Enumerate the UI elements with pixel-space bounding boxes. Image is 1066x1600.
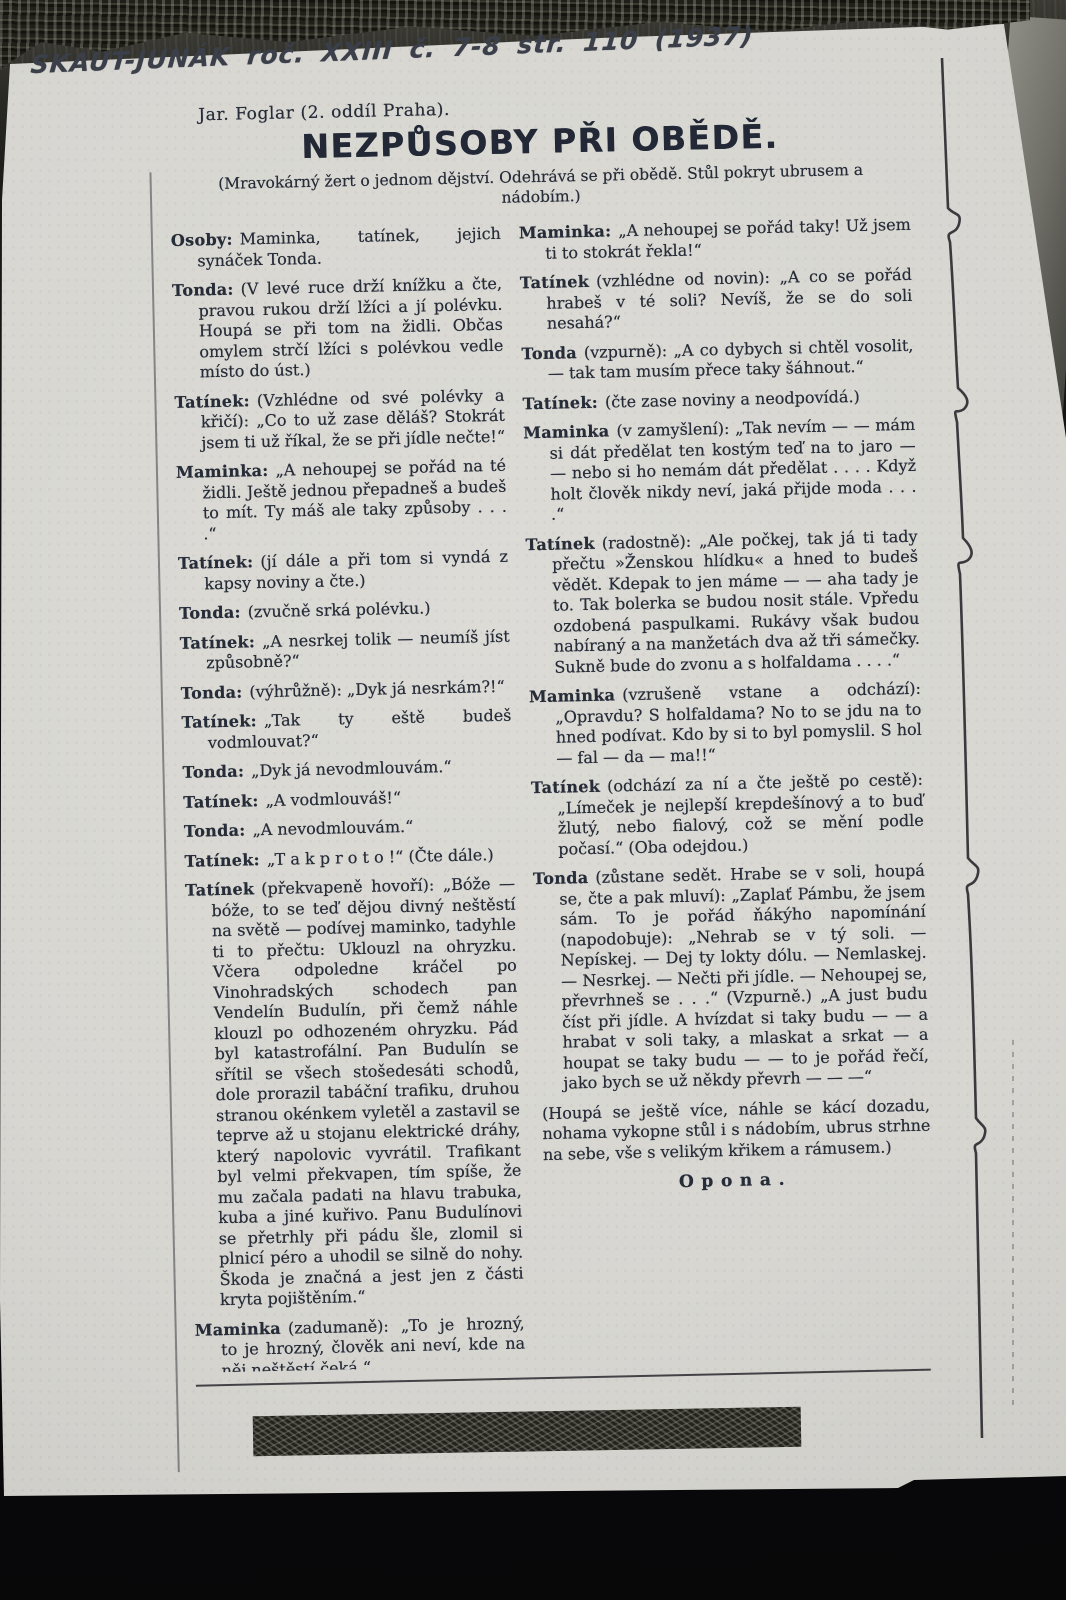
script-paragraph: Tatínek:(jí dále a při tom si vyndá z ka… — [178, 547, 509, 595]
speaker-name: Tatínek — [185, 879, 255, 900]
speaker-name: Tonda: — [184, 820, 246, 840]
script-paragraph: Tatínek(překvapeně hovoří): „Bóže — bóže… — [185, 874, 524, 1312]
script-paragraph: Maminka(v zamyšlení): „Tak nevím — — mám… — [523, 415, 917, 526]
speaker-name: Tatínek — [525, 533, 595, 554]
dotted-artifact-line — [1012, 1040, 1014, 1410]
script-paragraph: Tonda:„Dyk já nevodmlouvám.“ — [182, 756, 512, 784]
script-paragraph: (Houpá se ještě více, náhle se kácí doza… — [538, 1095, 931, 1165]
speaker-name: Osoby: — [171, 230, 233, 250]
speaker-name: Maminka — [523, 421, 610, 442]
article-subtitle: (Mravokárný žert o jednom dějství. Odehr… — [210, 160, 871, 214]
script-paragraph: Tonda:„A nevodmlouvám.“ — [184, 815, 514, 843]
speaker-name: Tonda: — [172, 280, 234, 300]
script-paragraph: Tonda(zůstane sedět. Hrabe se v soli, ho… — [533, 861, 930, 1095]
speaker-name: Maminka — [194, 1318, 281, 1339]
script-paragraph: Maminka(zadumaně): „To je hrozný, to je … — [194, 1313, 525, 1373]
speaker-name: Tatínek — [520, 272, 590, 293]
script-paragraph: Tonda:(výhrůžně): „Dyk já nesrkám?!“ — [181, 676, 511, 704]
speaker-name: Maminka — [529, 685, 616, 706]
script-paragraph: Tatínek:„A vodmlouváš!“ — [183, 785, 513, 813]
speaker-name: Tatínek: — [184, 850, 260, 871]
left-column: Osoby:Maminka, tatínek, jejich synáček T… — [171, 224, 526, 1373]
speech-text: (výhrůžně): „Dyk já nesrkám?!“ — [249, 676, 505, 701]
speech-text: (radostně): „Ale počkej, tak já ti tady … — [552, 526, 920, 676]
bottom-rule — [196, 1369, 930, 1387]
speaker-name: Tatínek: — [181, 711, 257, 732]
speaker-name: Tonda — [533, 868, 589, 888]
right-column: Maminka:„A nehoupej se pořád taky! Už js… — [519, 215, 936, 1365]
script-paragraph: Tatínek(vzhlédne od novin): „A co se poř… — [520, 265, 913, 335]
speech-text: (zůstane sedět. Hrabe se v soli, houpá s… — [559, 861, 929, 1093]
speech-text: „A vodmlouváš!“ — [265, 788, 401, 810]
speaker-name: Tonda: — [181, 682, 243, 702]
script-paragraph: Tatínek:„Tak ty eště budeš vodmlouvat?“ — [181, 706, 512, 754]
article: Jar. Foglar (2. oddíl Praha). NEZPŮSOBY … — [168, 90, 939, 1459]
speech-text: Maminka, tatínek, jejich synáček Tonda. — [197, 224, 501, 270]
speech-text: (V levé ruce drží knížku a čte, pravou r… — [198, 274, 503, 382]
speaker-name: Maminka: — [176, 461, 269, 482]
speaker-name: Tatínek: — [174, 391, 250, 412]
script-paragraph: Tatínek:„A nesrkej tolik — neumíš jíst z… — [180, 626, 511, 674]
photographed-document: { "colors": { "paper": "#d7d6d1", "ink":… — [0, 0, 1066, 1600]
speech-text: „T a k p r o t o !“ (Čte dále.) — [267, 845, 494, 869]
speech-text: (čte zase noviny a neodpovídá.) — [605, 386, 860, 411]
speaker-name: Tatínek: — [183, 791, 259, 812]
speech-text: (zvučně srká polévku.) — [247, 598, 430, 621]
right-column-paragraphs: Maminka:„A nehoupej se pořád taky! Už js… — [519, 215, 931, 1165]
speech-text: „A nevodmlouvám.“ — [252, 817, 413, 840]
script-paragraph: Maminka:„A nehoupej se pořád na té židli… — [176, 456, 508, 545]
speaker-name: Maminka: — [519, 221, 612, 242]
speech-text: (překvapeně hovoří): „Bóže — bóže, to se… — [211, 874, 523, 1310]
speaker-name: Tatínek: — [522, 392, 598, 413]
script-paragraph: Tonda(vzpurně): „A co dybych si chtěl vo… — [521, 335, 914, 385]
script-paragraph: Tonda:(V levé ruce drží knížku a čte, pr… — [172, 274, 504, 384]
script-paragraph: Tonda:(zvučně srká polévku.) — [179, 597, 509, 625]
speech-text: (vzpurně): „A co dybych si chtěl vosolit… — [548, 335, 914, 382]
script-paragraph: Tatínek:(čte zase noviny a neodpovídá.) — [522, 385, 914, 414]
speaker-name: Tonda — [521, 343, 577, 363]
script-paragraph: Osoby:Maminka, tatínek, jejich synáček T… — [171, 224, 502, 272]
speaker-name: Tatínek: — [178, 552, 254, 573]
curtain-closing-word: Opona. — [539, 1167, 931, 1196]
script-paragraph: Maminka:„A nehoupej se pořád taky! Už js… — [519, 215, 912, 265]
speaker-name: Tatínek — [531, 777, 601, 798]
speech-text: (odchází za ní a čte ještě po cestě): „L… — [557, 770, 924, 858]
script-paragraph: Maminka(vzrušeně vstane a odchází): „Opr… — [529, 679, 923, 770]
speech-text: (vzhlédne od novin): „A co se pořád hrab… — [546, 265, 912, 333]
speaker-name: Tonda: — [179, 603, 241, 623]
two-column-layout: Osoby:Maminka, tatínek, jejich synáček T… — [171, 215, 938, 1373]
speech-text: (Houpá se ještě více, náhle se kácí doza… — [542, 1095, 931, 1163]
speaker-name: Tatínek: — [180, 632, 256, 653]
script-paragraph: Tatínek:„T a k p r o t o !“ (Čte dále.) — [184, 844, 514, 872]
script-paragraph: Tatínek(odchází za ní a čte ještě po ces… — [531, 770, 925, 861]
speaker-name: Tonda: — [182, 761, 244, 781]
script-paragraph: Tatínek(radostně): „Ale počkej, tak já t… — [525, 526, 920, 678]
speech-text: „Dyk já nevodmlouvám.“ — [251, 757, 452, 780]
script-paragraph: Tatínek:(Vzhlédne od své polévky a křičí… — [174, 385, 505, 454]
